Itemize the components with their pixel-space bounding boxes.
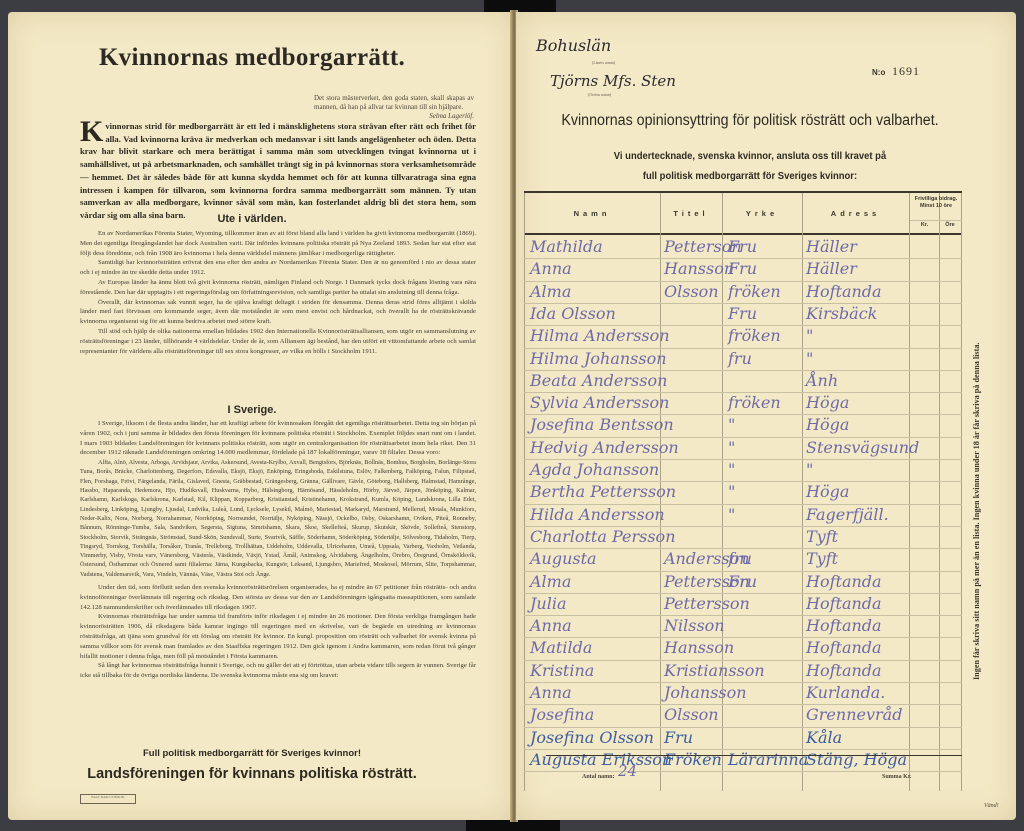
- signature-yrke: Fru: [728, 572, 757, 592]
- column-header-namn: Namn: [524, 209, 660, 218]
- section-sweden-body: I Sverige, liksom i de flesta andra länd…: [80, 419, 476, 681]
- printer-stamp: ISAAC MARCUS BOKTR.: [80, 794, 136, 804]
- signature-adress: Höga: [806, 415, 849, 435]
- signature-namn: Josefina Bentsson: [530, 415, 674, 435]
- signature-adress: Häller: [806, 259, 857, 279]
- signature-namn: Mathilda: [530, 237, 603, 257]
- column-header-yrke: Yrke: [722, 209, 802, 218]
- signature-yrke: fru: [728, 549, 752, 569]
- organization-name: Landsföreningen för kvinnans politiska r…: [0, 766, 504, 782]
- signature-namn: Augusta: [530, 549, 597, 569]
- signature-yrke: ": [728, 505, 735, 525]
- signature-yrke: ": [728, 438, 735, 458]
- signature-yrke: ": [728, 482, 735, 502]
- turn-over-note: Vänd!: [984, 803, 999, 809]
- paragraph: En av Nordamerikas Förenta Stater, Wyomi…: [80, 229, 476, 258]
- signature-adress: Kåla: [806, 728, 842, 748]
- signature-adress: Höga: [806, 393, 849, 413]
- signature-titel: Fröken: [664, 750, 722, 770]
- epigraph-text: Det stora mästerverket, den goda staten,…: [314, 94, 474, 111]
- signature-titel: Hansson: [664, 259, 734, 279]
- signature-adress: Höga: [806, 482, 849, 502]
- paragraph: Kvinnornas rösträttsfråga har under samm…: [80, 612, 476, 661]
- signature-namn: Josefina: [530, 705, 594, 725]
- header-subrule: [910, 220, 962, 221]
- signature-adress: ": [806, 349, 813, 369]
- signature-adress: Grennevråd: [806, 705, 902, 725]
- signature-yrke: Fru: [728, 259, 757, 279]
- slogan: Full politisk medborgarrätt för Sveriges…: [0, 748, 504, 759]
- column-header-adress: Adress: [802, 209, 909, 218]
- signature-yrke: fru: [728, 349, 752, 369]
- section-world-body: En av Nordamerikas Förenta Stater, Wyomi…: [80, 229, 476, 356]
- signature-namn: Anna: [530, 616, 572, 636]
- paragraph: Samtidigt har kvinnorösträtten erövrat d…: [80, 258, 476, 278]
- sum-label: Summa Kr.: [882, 774, 911, 780]
- signature-namn: Augusta Eriksson: [530, 750, 672, 770]
- signature-adress: Hoftanda: [806, 638, 882, 658]
- signature-titel: Pettersson: [664, 594, 750, 614]
- column-header-ore: Öre: [939, 222, 961, 229]
- petition-subtitle-line1: Vi undertecknade, svenska kvinnor, anslu…: [539, 150, 960, 162]
- epigraph: Det stora mästerverket, den goda staten,…: [314, 94, 474, 121]
- place-caption: (Ortens namn): [588, 92, 611, 97]
- count-label: Antal namn:: [582, 774, 615, 780]
- column-divider: [802, 193, 803, 791]
- signature-adress: Kirsbäck: [806, 304, 877, 324]
- section-heading-world: Ute i världen.: [0, 213, 504, 225]
- column-divider: [909, 193, 910, 791]
- row-rule: [524, 615, 962, 616]
- petition-title: Kvinnornas opinionsyttring för politisk …: [535, 112, 966, 130]
- signature-namn: Anna: [530, 683, 572, 703]
- signature-yrke: ": [728, 415, 735, 435]
- signature-yrke: ": [728, 460, 735, 480]
- column-header-titel: Titel: [660, 209, 722, 218]
- intro-paragraph: K vinnornas strid för medborgarrätt är e…: [80, 120, 476, 222]
- column-divider: [961, 193, 962, 791]
- list-number: 1691: [892, 64, 920, 79]
- paragraph: Så långt har kvinnornas rösträttsfråga h…: [80, 661, 476, 681]
- signature-yrke: Fru: [728, 237, 757, 257]
- paragraph: I Sverige, liksom i de flesta andra länd…: [80, 419, 476, 458]
- column-header-kr: Kr.: [910, 222, 939, 229]
- paragraph: Av Europas länder ha ännu blott två givi…: [80, 278, 476, 298]
- signature-adress: Hoftanda: [806, 282, 882, 302]
- place-handwritten: Tjörns Mfs. Sten: [550, 72, 676, 90]
- signature-yrke: fröken: [728, 326, 781, 346]
- city-list: Alfta, Alnö, Alvesta, Arboga, Arvidsjaur…: [80, 458, 476, 579]
- row-rule: [524, 771, 962, 772]
- signature-yrke: fröken: [728, 393, 781, 413]
- signature-adress: Häller: [806, 237, 857, 257]
- signature-adress: Kurlanda.: [806, 683, 885, 703]
- table-header-rule: [524, 233, 962, 235]
- signature-adress: Hoftanda: [806, 661, 882, 681]
- signature-titel: Olsson: [664, 282, 719, 302]
- signature-namn: Julia: [530, 594, 567, 614]
- signature-adress: Hoftanda: [806, 572, 882, 592]
- binder-clip-top: [484, 0, 556, 12]
- side-instructions: Ingen får skriva sitt namn på mer än en …: [972, 260, 986, 680]
- count-value: 24: [618, 762, 637, 780]
- signature-adress: Tyft: [806, 549, 838, 569]
- table-top-rule: [524, 191, 962, 193]
- signature-namn: Alma: [530, 572, 571, 592]
- signature-namn: Hilda Andersson: [530, 505, 665, 525]
- column-header-contribution: Frivilliga bidrag. Minst 10 öre: [910, 196, 962, 210]
- page-title: Kvinnornas medborgarrätt.: [0, 44, 504, 72]
- petition-subtitle-line2: full politisk medborgarrätt för Sveriges…: [539, 170, 960, 182]
- signature-namn: Hilma Andersson: [530, 326, 670, 346]
- signature-namn: Kristina: [530, 661, 594, 681]
- number-label: N:o: [872, 68, 885, 77]
- paragraph: Under den tid, som förflutit sedan den s…: [80, 583, 476, 612]
- signature-titel: Hansson: [664, 638, 734, 658]
- signature-yrke: Lärarinna: [728, 750, 808, 770]
- last-row-rule: [546, 755, 962, 756]
- column-divider: [939, 193, 940, 791]
- signature-namn: Sylvia Andersson: [530, 393, 669, 413]
- paragraph: Överallt, där kvinnornas sak vunnit sege…: [80, 298, 476, 327]
- signature-namn: Agda Johansson: [530, 460, 659, 480]
- paragraph: Till stöd och hjälp de olika nationerna …: [80, 327, 476, 356]
- section-heading-sweden: I Sverige.: [0, 404, 504, 416]
- signature-namn: Alma: [530, 282, 571, 302]
- signature-namn: Matilda: [530, 638, 592, 658]
- county-handwritten: Bohuslän: [536, 36, 611, 55]
- county-caption: (Länets namn): [592, 60, 615, 65]
- signature-adress: Fagerfjäll.: [806, 505, 889, 525]
- signature-yrke: Fru: [728, 304, 757, 324]
- signature-adress: Stäng, Höga: [806, 750, 907, 770]
- signature-table: Namn Titel Yrke Adress Frivilliga bidrag…: [524, 191, 962, 791]
- signature-titel: Olsson: [664, 705, 719, 725]
- signature-adress: Stensvägsund: [806, 438, 919, 458]
- signature-namn: Anna: [530, 259, 572, 279]
- signature-yrke: fröken: [728, 282, 781, 302]
- signature-adress: ": [806, 460, 813, 480]
- signature-adress: Hoftanda: [806, 594, 882, 614]
- signature-titel: Nilsson: [664, 616, 725, 636]
- signature-namn: Hedvig Andersson: [530, 438, 679, 458]
- signature-titel: Fru: [664, 728, 693, 748]
- drop-cap: K: [80, 120, 103, 144]
- intro-text: vinnornas strid för medborgarrätt är ett…: [80, 121, 476, 220]
- signature-adress: Hoftanda: [806, 616, 882, 636]
- signature-namn: Bertha Pettersson: [530, 482, 676, 502]
- signature-namn: Charlotta Persson: [530, 527, 676, 547]
- signature-adress: ": [806, 326, 813, 346]
- signature-titel: Johansson: [664, 683, 747, 703]
- signature-adress: Tyft: [806, 527, 838, 547]
- signature-adress: Ånh: [806, 371, 838, 391]
- column-divider: [524, 193, 525, 791]
- signature-titel: Kristiansson: [664, 661, 765, 681]
- signature-namn: Josefina Olsson: [530, 728, 654, 748]
- signature-namn: Ida Olsson: [530, 304, 616, 324]
- signature-namn: Hilma Johansson: [530, 349, 667, 369]
- signature-namn: Beata Andersson: [530, 371, 667, 391]
